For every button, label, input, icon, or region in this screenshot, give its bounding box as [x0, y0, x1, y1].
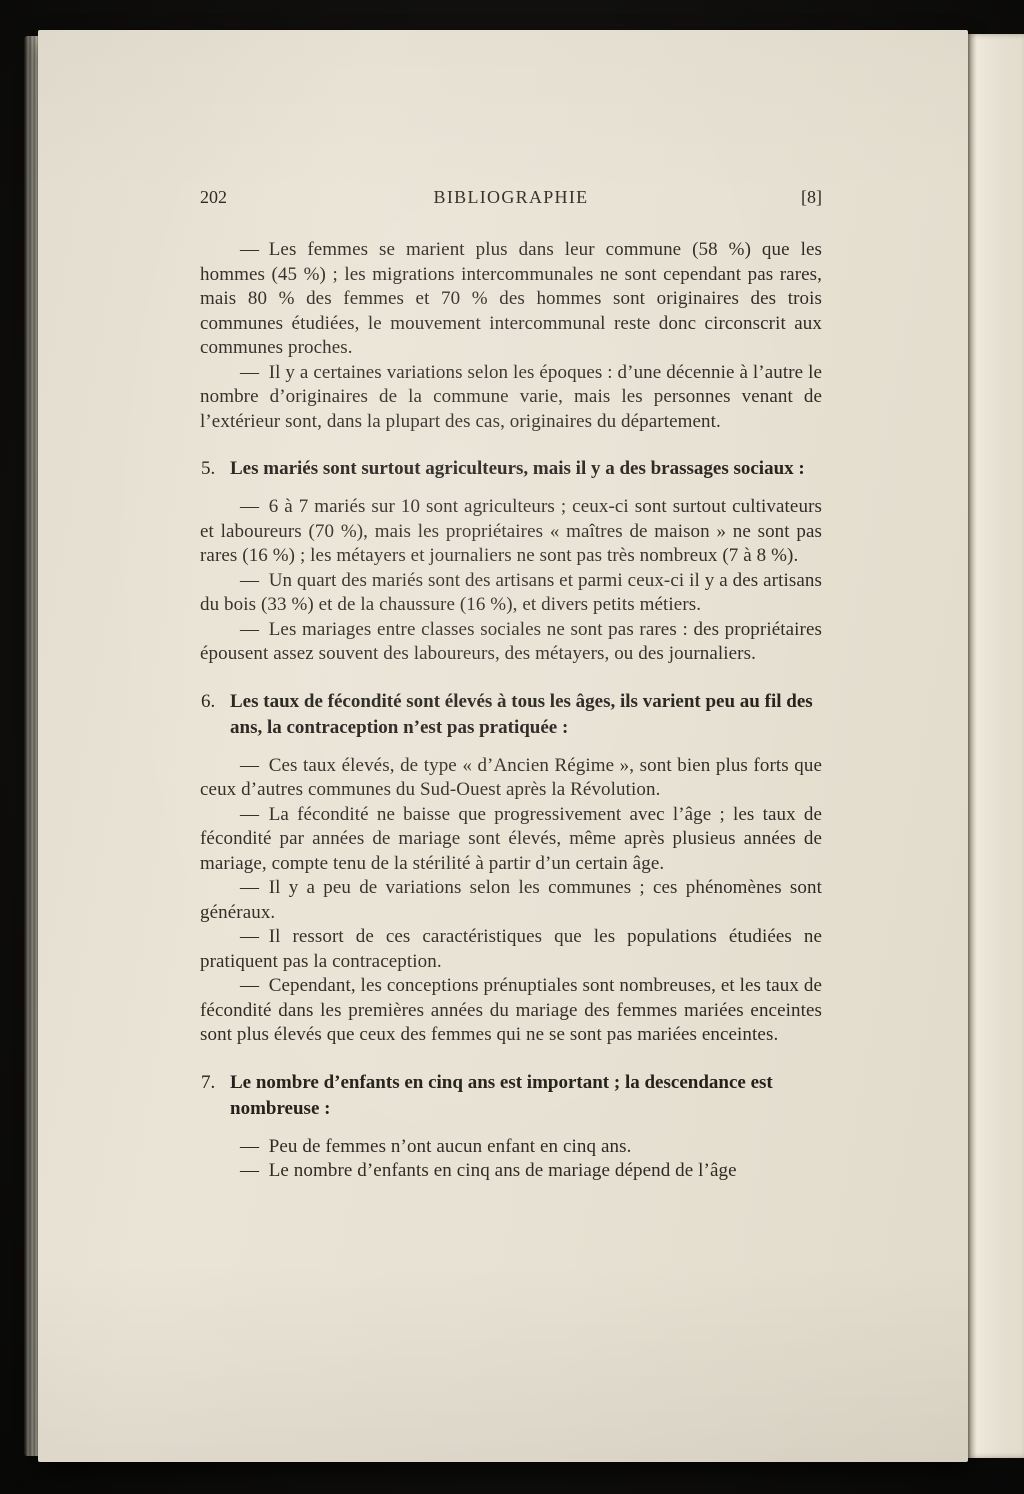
section-number: 5. [201, 456, 215, 482]
running-title: BIBLIOGRAPHIE [434, 187, 589, 208]
column-reference: [8] [801, 187, 822, 208]
section-7-heading: 7. Le nombre d’enfants en cinq ans est i… [200, 1070, 822, 1122]
body-paragraph: — Un quart des mariés sont des artisans … [200, 569, 822, 618]
body-paragraph: — Le nombre d’enfants en cinq ans de mar… [200, 1159, 822, 1184]
body-paragraph: — Cependant, les conceptions prénuptiale… [200, 974, 822, 1048]
section-heading-text: Les taux de fécondité sont élevés à tous… [230, 691, 813, 738]
page-number: 202 [200, 187, 227, 208]
section-5-heading: 5. Les mariés sont surtout agriculteurs,… [200, 456, 822, 482]
body-paragraph: — Les femmes se marient plus dans leur c… [200, 238, 822, 361]
body-paragraph: — Peu de femmes n’ont aucun enfant en ci… [200, 1135, 822, 1160]
body-paragraph: — Il ressort de ces caractéristiques que… [200, 925, 822, 974]
book-photo: { "header": { "page_number": "202", "run… [0, 0, 1024, 1494]
page-header: 202 BIBLIOGRAPHIE [8] [200, 187, 822, 209]
section-number: 7. [201, 1070, 215, 1096]
section-heading-text: Le nombre d’enfants en cinq ans est impo… [230, 1072, 773, 1119]
facing-page-edge [968, 34, 1024, 1458]
text-column: 202 BIBLIOGRAPHIE [8] — Les femmes se ma… [200, 187, 822, 1184]
book-page: 202 BIBLIOGRAPHIE [8] — Les femmes se ma… [38, 30, 968, 1462]
body-paragraph: — Ces taux élevés, de type « d’Ancien Ré… [200, 754, 822, 803]
section-6-heading: 6. Les taux de fécondité sont élevés à t… [200, 689, 822, 741]
body-paragraph: — Il y a certaines variations selon les … [200, 361, 822, 435]
body-paragraph: — La fécondité ne baisse que progressive… [200, 803, 822, 877]
body-paragraph: — 6 à 7 mariés sur 10 sont agriculteurs … [200, 495, 822, 569]
body-paragraph: — Les mariages entre classes sociales ne… [200, 618, 822, 667]
section-heading-text: Les mariés sont surtout agriculteurs, ma… [230, 458, 805, 479]
section-number: 6. [201, 689, 215, 715]
body-paragraph: — Il y a peu de variations selon les com… [200, 876, 822, 925]
